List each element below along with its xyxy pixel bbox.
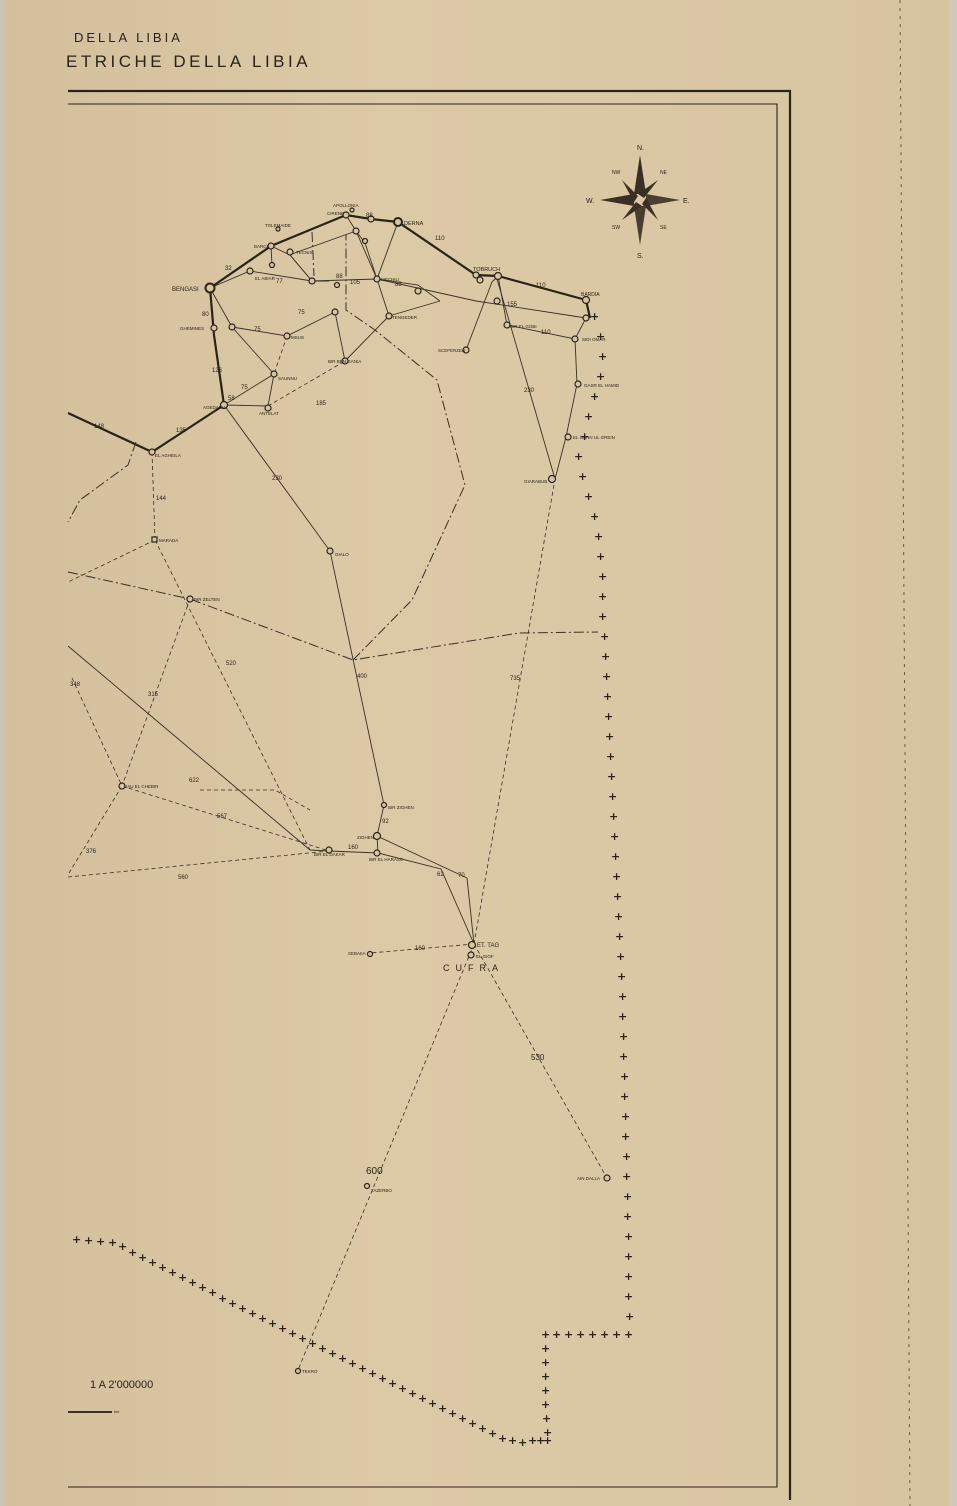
- svg-text:70: 70: [458, 873, 465, 879]
- svg-text:TOLEMAIDE: TOLEMAIDE: [265, 223, 291, 228]
- svg-text:+: +: [208, 1286, 217, 1299]
- svg-text:+: +: [614, 910, 623, 923]
- svg-text:BARCE: BARCE: [254, 244, 270, 249]
- svg-text:MARADA: MARADA: [159, 538, 178, 543]
- svg-text:+: +: [603, 690, 612, 703]
- svg-text:75: 75: [241, 385, 248, 391]
- svg-text:+: +: [498, 1432, 507, 1445]
- svg-text:+: +: [488, 1427, 497, 1440]
- svg-text:+: +: [612, 1328, 621, 1341]
- svg-text:SE: SE: [660, 225, 667, 231]
- svg-text:GASR EL HAMID: GASR EL HAMID: [584, 383, 620, 388]
- svg-text:+: +: [621, 1130, 630, 1143]
- svg-text:S.: S.: [637, 253, 644, 260]
- svg-text:+: +: [96, 1235, 105, 1248]
- svg-text:+: +: [621, 1110, 630, 1123]
- svg-text:560: 560: [178, 875, 189, 881]
- svg-text:110: 110: [536, 283, 546, 289]
- svg-text:105: 105: [350, 280, 361, 286]
- svg-text:+: +: [590, 390, 599, 403]
- svg-text:110: 110: [541, 330, 551, 336]
- svg-text:567: 567: [217, 814, 228, 820]
- svg-text:622: 622: [189, 778, 200, 784]
- svg-text:+: +: [611, 850, 620, 863]
- svg-text:+: +: [598, 590, 607, 603]
- svg-text:+: +: [138, 1251, 147, 1264]
- svg-text:88: 88: [366, 213, 373, 219]
- svg-text:SAUNNU: SAUNNU: [278, 376, 297, 381]
- svg-text:BIR ZELTEN: BIR ZELTEN: [194, 597, 220, 602]
- svg-text:GIARABUB: GIARABUB: [524, 479, 547, 484]
- svg-text:+: +: [468, 1417, 477, 1430]
- svg-text:+: +: [448, 1407, 457, 1420]
- svg-text:62: 62: [437, 872, 444, 878]
- svg-text:+: +: [188, 1276, 197, 1289]
- svg-text:BIR EL DAKAR: BIR EL DAKAR: [314, 852, 346, 857]
- svg-text:TECNIS: TECNIS: [296, 250, 313, 255]
- svg-text:315: 315: [148, 692, 159, 698]
- svg-text:+: +: [584, 490, 593, 503]
- svg-text:+: +: [607, 770, 616, 783]
- svg-text:+: +: [596, 550, 605, 563]
- svg-text:+: +: [278, 1322, 287, 1335]
- svg-text:AIN DALLA: AIN DALLA: [577, 1176, 600, 1181]
- svg-text:W.: W.: [586, 198, 594, 205]
- svg-text:APOLLONIA: APOLLONIA: [333, 203, 359, 208]
- svg-text:88: 88: [336, 274, 343, 280]
- svg-text:+: +: [622, 1150, 631, 1163]
- svg-text:+: +: [588, 1328, 597, 1341]
- svg-text:400: 400: [357, 674, 368, 680]
- svg-text:+: +: [268, 1317, 277, 1330]
- svg-text:+: +: [478, 1422, 487, 1435]
- svg-text:+: +: [84, 1234, 93, 1247]
- svg-text:BIR ZIGHEN: BIR ZIGHEN: [388, 805, 414, 810]
- svg-text:+: +: [590, 310, 599, 323]
- svg-text:CIRENE: CIRENE: [327, 211, 344, 216]
- svg-text:+: +: [600, 630, 609, 643]
- svg-text:+: +: [358, 1362, 367, 1375]
- svg-text:ANTELAT: ANTELAT: [259, 411, 279, 416]
- svg-text:+: +: [623, 1190, 632, 1203]
- svg-text:110: 110: [435, 236, 445, 242]
- svg-text:+: +: [418, 1392, 427, 1405]
- svg-text:735: 735: [510, 676, 521, 682]
- svg-text:+: +: [618, 1010, 627, 1023]
- town-labels: BENGASI BARCE TOLEMAIDE CIRENE APOLLONIA…: [124, 203, 620, 1374]
- svg-text:88: 88: [395, 282, 402, 288]
- svg-text:+: +: [584, 410, 593, 423]
- svg-text:+: +: [542, 1412, 551, 1425]
- svg-text:+: +: [428, 1397, 437, 1410]
- svg-text:ZIGHEN: ZIGHEN: [357, 835, 374, 840]
- boundaries: [68, 232, 598, 660]
- svg-text:+: +: [438, 1402, 447, 1415]
- svg-text:530: 530: [531, 1053, 545, 1062]
- svg-text:+: +: [618, 990, 627, 1003]
- svg-text:km: km: [114, 1409, 120, 1414]
- svg-text:376: 376: [86, 849, 97, 855]
- svg-text:+: +: [624, 1290, 633, 1303]
- svg-text:160: 160: [348, 845, 359, 851]
- svg-text:+: +: [541, 1384, 550, 1397]
- svg-text:+: +: [508, 1434, 517, 1447]
- svg-text:+: +: [601, 650, 610, 663]
- svg-text:CUFRA: CUFRA: [443, 963, 504, 973]
- svg-text:+: +: [564, 1328, 573, 1341]
- distance-labels: 148 135 144 58 75 75 75 185 126 80 32 77…: [70, 213, 551, 1177]
- svg-text:+: +: [608, 790, 617, 803]
- map-canvas: N. NE E. SE S. SW W. NW: [0, 0, 957, 1506]
- svg-text:92: 92: [382, 819, 389, 825]
- svg-text:+: +: [348, 1357, 357, 1370]
- svg-text:+: +: [338, 1352, 347, 1365]
- svg-text:+: +: [368, 1367, 377, 1380]
- svg-text:TENGEDER: TENGEDER: [392, 315, 418, 320]
- fold-line: [900, 0, 910, 1506]
- svg-text:GHEMINES: GHEMINES: [180, 326, 204, 331]
- svg-text:NE: NE: [660, 170, 668, 176]
- svg-text:+: +: [552, 1328, 561, 1341]
- svg-text:UAU EL CHEBIR: UAU EL CHEBIR: [124, 784, 159, 789]
- svg-text:+: +: [609, 810, 618, 823]
- svg-text:+: +: [398, 1382, 407, 1395]
- svg-text:+: +: [612, 870, 621, 883]
- svg-text:+: +: [408, 1387, 417, 1400]
- svg-text:NW: NW: [612, 170, 621, 176]
- svg-text:+: +: [598, 350, 607, 363]
- compass-rose-icon: N. NE E. SE S. SW W. NW: [586, 145, 690, 260]
- svg-text:230: 230: [272, 476, 283, 482]
- svg-text:+: +: [198, 1281, 207, 1294]
- svg-text:SEBAIIA: SEBAIIA: [348, 951, 366, 956]
- svg-text:TEKRO: TEKRO: [302, 1369, 318, 1374]
- svg-text:32: 32: [225, 266, 232, 272]
- svg-text:+: +: [622, 1170, 631, 1183]
- svg-text:+: +: [541, 1328, 550, 1341]
- svg-text:126: 126: [212, 368, 223, 374]
- svg-text:+: +: [541, 1356, 550, 1369]
- svg-text:+: +: [615, 930, 624, 943]
- svg-text:+: +: [388, 1377, 397, 1390]
- svg-text:+: +: [218, 1292, 227, 1305]
- svg-text:+: +: [178, 1271, 187, 1284]
- svg-text:+: +: [128, 1246, 137, 1259]
- svg-text:+: +: [118, 1240, 127, 1253]
- svg-text:BENGASI: BENGASI: [172, 287, 199, 293]
- svg-text:EL GIOF: EL GIOF: [476, 954, 494, 959]
- svg-text:75: 75: [254, 327, 261, 333]
- svg-text:+: +: [596, 370, 605, 383]
- svg-text:80: 80: [202, 312, 209, 318]
- svg-text:+: +: [624, 1328, 633, 1341]
- svg-text:AGEDABIA: AGEDABIA: [203, 405, 226, 410]
- svg-text:+: +: [541, 1370, 550, 1383]
- svg-text:+: +: [288, 1327, 297, 1340]
- svg-text:N.: N.: [637, 145, 644, 152]
- svg-text:+: +: [610, 830, 619, 843]
- svg-text:+: +: [594, 530, 603, 543]
- svg-text:+: +: [148, 1256, 157, 1269]
- svg-text:148: 148: [94, 424, 105, 430]
- svg-text:+: +: [598, 570, 607, 583]
- svg-text:GIALO: GIALO: [335, 552, 349, 557]
- svg-text:BIR BEN GANIA: BIR BEN GANIA: [328, 359, 361, 364]
- svg-text:+: +: [623, 1210, 632, 1223]
- svg-text:+: +: [578, 470, 587, 483]
- svg-text:+: +: [308, 1337, 317, 1350]
- svg-text:+: +: [328, 1347, 337, 1360]
- svg-text:+: +: [590, 510, 599, 523]
- svg-text:+: +: [536, 1434, 545, 1447]
- svg-text:ET. TAG: ET. TAG: [477, 943, 499, 949]
- svg-text:SIDI OMAR: SIDI OMAR: [582, 337, 606, 342]
- svg-text:+: +: [318, 1342, 327, 1355]
- svg-text:E.: E.: [683, 198, 690, 205]
- svg-text:+: +: [541, 1342, 550, 1355]
- svg-text:600: 600: [366, 1166, 383, 1177]
- main-roads: [68, 215, 590, 452]
- svg-text:520: 520: [226, 661, 237, 667]
- svg-text:75: 75: [298, 310, 305, 316]
- svg-text:160: 160: [415, 946, 426, 952]
- svg-text:+: +: [619, 1050, 628, 1063]
- svg-text:185: 185: [316, 401, 327, 407]
- svg-text:+: +: [458, 1412, 467, 1425]
- svg-text:DERNA: DERNA: [404, 221, 424, 227]
- svg-text:+: +: [248, 1307, 257, 1320]
- svg-text:+: +: [108, 1236, 117, 1249]
- svg-text:155: 155: [507, 302, 518, 308]
- svg-text:EL GARN UL GREIN: EL GARN UL GREIN: [573, 435, 615, 440]
- town-markers: [119, 208, 610, 1374]
- svg-text:+: +: [624, 1250, 633, 1263]
- svg-text:+: +: [620, 1090, 629, 1103]
- svg-text:TOBRUCH: TOBRUCH: [473, 267, 500, 273]
- svg-text:EL AGHEILA: EL AGHEILA: [155, 453, 181, 458]
- svg-text:+: +: [576, 1328, 585, 1341]
- svg-text:+: +: [604, 710, 613, 723]
- svg-text:77: 77: [276, 279, 283, 285]
- svg-text:+: +: [602, 670, 611, 683]
- svg-text:+: +: [625, 1310, 634, 1323]
- svg-text:+: +: [378, 1372, 387, 1385]
- svg-text:+: +: [605, 730, 614, 743]
- svg-text:+: +: [298, 1332, 307, 1345]
- svg-text:+: +: [518, 1436, 527, 1449]
- svg-text:+: +: [617, 970, 626, 983]
- svg-text:1 A 2'000000: 1 A 2'000000: [90, 1379, 153, 1391]
- svg-text:TAZERBO: TAZERBO: [371, 1188, 392, 1193]
- svg-text:+: +: [228, 1297, 237, 1310]
- svg-text:+: +: [598, 610, 607, 623]
- svg-text:EL ABIAR: EL ABIAR: [255, 276, 276, 281]
- svg-text:+: +: [168, 1266, 177, 1279]
- scale-bar: 1 A 2'000000 km: [68, 1379, 153, 1414]
- svg-text:BARDIA: BARDIA: [581, 292, 600, 298]
- svg-text:+: +: [616, 950, 625, 963]
- svg-text:MSUS: MSUS: [291, 335, 304, 340]
- svg-text:+: +: [613, 890, 622, 903]
- svg-text:SW: SW: [612, 225, 620, 231]
- svg-text:BIR EL HARASC: BIR EL HARASC: [369, 857, 404, 862]
- svg-text:+: +: [624, 1270, 633, 1283]
- svg-text:+: +: [620, 1070, 629, 1083]
- svg-text:+: +: [258, 1312, 267, 1325]
- svg-text:+: +: [238, 1302, 247, 1315]
- svg-text:+: +: [541, 1398, 550, 1411]
- svg-text:BIR EL GOBI: BIR EL GOBI: [510, 324, 537, 329]
- svg-text:230: 230: [524, 388, 535, 394]
- svg-text:348: 348: [70, 682, 81, 688]
- svg-text:144: 144: [156, 496, 167, 502]
- svg-text:+: +: [158, 1261, 167, 1274]
- svg-text:58: 58: [228, 396, 235, 402]
- svg-text:+: +: [624, 1230, 633, 1243]
- svg-text:+: +: [619, 1030, 628, 1043]
- svg-text:SCEFERZEN: SCEFERZEN: [438, 348, 465, 353]
- svg-text:+: +: [606, 750, 615, 763]
- svg-text:+: +: [72, 1233, 81, 1246]
- svg-text:+: +: [574, 450, 583, 463]
- svg-text:+: +: [600, 1328, 609, 1341]
- svg-text:135: 135: [176, 428, 187, 434]
